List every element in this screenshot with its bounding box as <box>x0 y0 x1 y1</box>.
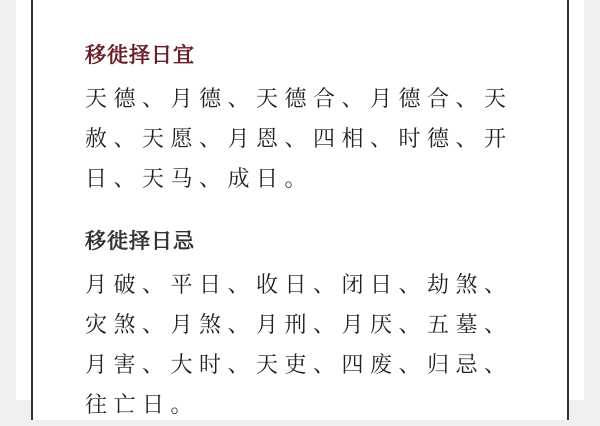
text-line: 天德、月德、天德合、月德合、天 <box>85 80 525 120</box>
text-line: 赦、天愿、月恩、四相、时德、开 <box>85 120 525 160</box>
auspicious-list: 天德、月德、天德合、月德合、天 赦、天愿、月恩、四相、时德、开 日、天马、成日。 <box>85 80 525 200</box>
section-heading-auspicious: 移徙择日宜 <box>85 42 525 68</box>
page: 移徙择日 移徙择日宜 天德、月德、天德合、月德合、天 赦、天愿、月恩、四相、时德… <box>16 0 584 400</box>
section-inauspicious: 移徙择日忌 月破、平日、收日、闭日、劫煞、 灾煞、月煞、月刑、月厌、五墓、 月害… <box>85 228 525 400</box>
text-line: 日、天马、成日。 <box>85 160 525 200</box>
text-line: 灾煞、月煞、月刑、月厌、五墓、 <box>85 306 525 346</box>
section-auspicious: 移徙择日宜 天德、月德、天德合、月德合、天 赦、天愿、月恩、四相、时德、开 日、… <box>85 42 525 200</box>
section-heading-inauspicious: 移徙择日忌 <box>85 228 525 254</box>
text-line: 月害、大时、天吏、四废、归忌、 <box>85 346 525 386</box>
text-line: 月破、平日、收日、闭日、劫煞、 <box>85 266 525 306</box>
inauspicious-list: 月破、平日、收日、闭日、劫煞、 灾煞、月煞、月刑、月厌、五墓、 月害、大时、天吏… <box>85 266 525 400</box>
text-line: 往亡日。 <box>85 386 525 400</box>
content-card: 移徙择日 移徙择日宜 天德、月德、天德合、月德合、天 赦、天愿、月恩、四相、时德… <box>31 0 569 400</box>
